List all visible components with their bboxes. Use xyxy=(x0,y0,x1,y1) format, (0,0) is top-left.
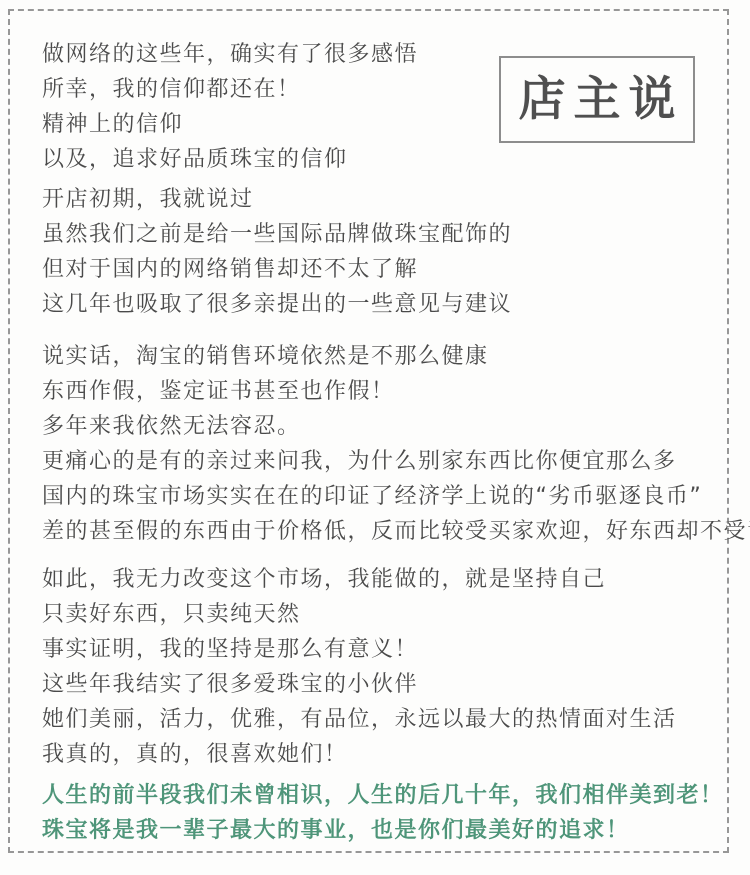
text-line: 东西作假，鉴定证书甚至也作假！ xyxy=(42,374,702,409)
text-line: 国内的珠宝市场实实在在的印证了经济学上说的“劣币驱逐良币” xyxy=(42,479,702,514)
shop-owner-badge-label: 店主说 xyxy=(519,76,684,123)
note-page: 做网络的这些年，确实有了很多感悟 所幸，我的信仰都还在！ 精神上的信仰 以及，追… xyxy=(0,0,750,875)
text-line: 珠宝将是我一辈子最大的事业，也是你们最美好的追求！ xyxy=(42,813,702,848)
text-line: 差的甚至假的东西由于价格低，反而比较受买家欢迎，好东西却不受青睐 xyxy=(42,514,702,549)
paragraph-closing-green: 人生的前半段我们未曾相识，人生的后几十年，我们相伴美到老！ 珠宝将是我一辈子最大… xyxy=(42,778,702,848)
text-line: 虽然我们之前是给一些国际品牌做珠宝配饰的 xyxy=(42,217,702,252)
text-line: 说实话，淘宝的销售环境依然是不那么健康 xyxy=(42,339,702,374)
text-line: 如此，我无力改变这个市场，我能做的，就是坚持自己 xyxy=(42,562,702,597)
text-line: 人生的前半段我们未曾相识，人生的后几十年，我们相伴美到老！ xyxy=(42,778,702,813)
shop-owner-badge: 店主说 xyxy=(499,56,695,143)
text-line: 开店初期，我就说过 xyxy=(42,182,702,217)
text-line: 这些年我结实了很多爱珠宝的小伙伴 xyxy=(42,667,702,702)
paragraph-market-problems: 说实话，淘宝的销售环境依然是不那么健康 东西作假，鉴定证书甚至也作假！ 多年来我… xyxy=(42,339,702,549)
text-line: 但对于国内的网络销售却还不太了解 xyxy=(42,252,702,287)
text-line: 这几年也吸取了很多亲提出的一些意见与建议 xyxy=(42,287,702,322)
text-line: 多年来我依然无法容忍。 xyxy=(42,409,702,444)
paragraph-shop-opening: 开店初期，我就说过 虽然我们之前是给一些国际品牌做珠宝配饰的 但对于国内的网络销… xyxy=(42,182,702,322)
text-line: 我真的，真的，很喜欢她们！ xyxy=(42,737,702,772)
text-line: 更痛心的是有的亲过来问我，为什么别家东西比你便宜那么多 xyxy=(42,444,702,479)
letter-body: 做网络的这些年，确实有了很多感悟 所幸，我的信仰都还在！ 精神上的信仰 以及，追… xyxy=(42,37,702,848)
text-line: 只卖好东西，只卖纯天然 xyxy=(42,597,702,632)
text-line: 以及，追求好品质珠宝的信仰 xyxy=(42,142,702,177)
text-line: 她们美丽，活力，优雅，有品位，永远以最大的热情面对生活 xyxy=(42,702,702,737)
paragraph-persistence: 如此，我无力改变这个市场，我能做的，就是坚持自己 只卖好东西，只卖纯天然 事实证… xyxy=(42,562,702,772)
text-line: 事实证明，我的坚持是那么有意义！ xyxy=(42,632,702,667)
dashed-frame: 做网络的这些年，确实有了很多感悟 所幸，我的信仰都还在！ 精神上的信仰 以及，追… xyxy=(8,9,729,853)
